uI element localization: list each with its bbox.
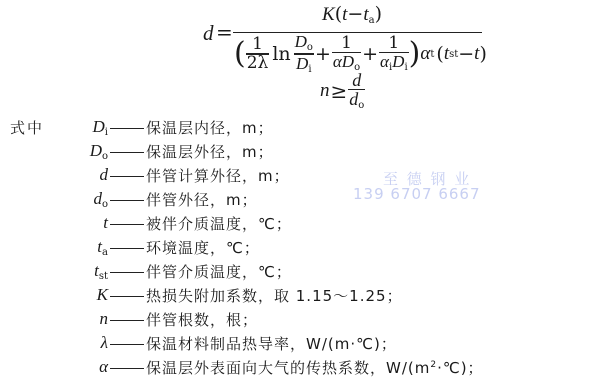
paren-close: ) [479,43,486,65]
big-paren-open: ( [234,39,246,69]
definition-row: Di 保温层内径，m； [0,117,600,141]
fraction-1-over-2lambda: 1 2λ [246,36,270,71]
definition-symbol: λ [101,333,108,354]
definition-row: λ 保温材料制品热导率，W/(m·℃)； [0,333,600,357]
symbol: D [90,141,102,160]
minus-sign: − [347,3,363,25]
subscript: o [358,100,364,111]
definition-row: ta 环境温度，℃； [0,237,600,261]
watermark-phone: 139 6707 6667 [353,185,481,203]
subscript: o [307,42,313,53]
subscript: o [102,151,108,162]
em-dash [110,176,144,177]
plus-sign: + [362,43,378,65]
fraction-d-over-do: d do [348,71,365,111]
symbol: K [97,285,108,304]
subscript: i [105,127,108,138]
plus-sign: + [315,43,331,65]
em-dash [110,224,144,225]
symbol-n: n [320,80,330,102]
text-part: 保温层外表面向大气的传热系数，W/(m [146,359,430,377]
frac-num: d [351,71,362,89]
formula-numerator: K(t−ta) [322,3,382,26]
formula-denominator: ( 1 2λ ln Do Di + 1 αDo + 1 αiDi ) αt (t… [234,36,487,72]
em-dash [110,200,144,201]
definition-symbol: tst [94,261,108,282]
definition-row: Do 保温层外径，m； [0,141,600,165]
frac-den: d [349,89,358,109]
definition-text: 伴管外径，m； [146,189,258,210]
definition-row: α 保温层外表面向大气的传热系数，W/(m2·℃)； [0,357,600,381]
subscript: st [99,271,108,282]
symbol-K: K [322,4,335,25]
subscript: a [102,247,108,258]
frac-num: D [295,32,307,51]
em-dash [110,368,144,369]
definition-row: K 热损失附加系数，取 1.15～1.25； [0,285,600,309]
formula-equals: = [216,20,233,44]
definition-text: 伴管根数，根； [146,309,258,330]
definition-row: n 伴管根数，根； [0,309,600,333]
main-fraction-bar [233,32,482,33]
ln-operator: ln [272,43,290,65]
minus-sign: − [458,43,474,65]
frac-den: 2λ [246,55,270,72]
formula-lhs: d [203,21,214,46]
definition-symbol: Di [93,117,108,138]
formula-n: n ≥ d do [320,73,365,109]
definition-symbol: Do [90,141,108,162]
definition-text: 保温层内径，m； [146,117,274,138]
definition-text: 热损失附加系数，取 1.15～1.25； [146,285,403,306]
symbol: D [93,117,105,136]
frac-den: αD [333,52,354,71]
em-dash [110,248,144,249]
fraction-1-over-alphaDo: 1 αDo [332,35,361,73]
definition-text: 环境温度，℃； [146,237,260,258]
frac-num: 1 [340,35,353,52]
fraction-1-over-alphaiDi: 1 αiDi [379,35,409,73]
paren-open: ( [436,43,443,65]
symbol: α [99,357,108,376]
definition-text: 保温材料制品热导率，W/(m·℃)； [146,333,397,354]
definition-symbol: t [103,213,108,234]
definition-symbol: do [93,189,108,210]
definition-symbol: n [100,309,109,330]
definition-text: 伴管介质温度，℃； [146,261,292,282]
em-dash [110,296,144,297]
definition-text: 伴管计算外径，m； [146,165,290,186]
frac-num: 1 [251,36,264,53]
subscript: st [449,49,458,60]
symbol: λ [101,333,108,352]
main-formula: d = K(t−ta) ( 1 2λ ln Do Di + 1 αDo + 1 … [0,0,600,110]
definition-symbol: α [99,357,108,378]
subscript: i [404,62,407,73]
frac-den: D [296,54,308,73]
definition-text: 保温层外径，m； [146,141,274,162]
symbol: d [93,189,102,208]
paren-close: ) [375,3,382,25]
symbol-alpha-t: α [420,43,430,65]
definition-symbol: ta [97,237,108,258]
definition-row: d 伴管计算外径，m； [0,165,600,189]
symbol: d [100,165,109,184]
em-dash [110,320,144,321]
em-dash [110,152,144,153]
paren-open: ( [335,3,342,25]
definition-row: tst 伴管介质温度，℃； [0,261,600,285]
subscript: i [308,64,311,75]
symbol: t [103,213,108,232]
definition-row: t 被伴介质温度，℃； [0,213,600,237]
fraction-Do-over-Di: Do Di [294,33,314,74]
definition-symbol: d [100,165,109,186]
frac-den-D: D [392,52,404,71]
definition-row: do 伴管外径，m； [0,189,600,213]
big-paren-close: ) [409,39,421,69]
definition-text: 被伴介质温度，℃； [146,213,292,234]
frac-den-alpha: α [380,52,389,71]
symbol: n [100,309,109,328]
em-dash [110,128,144,129]
em-dash [110,272,144,273]
subscript: o [102,199,108,210]
em-dash [110,344,144,345]
text-part: ·℃)； [437,359,483,377]
geq-sign: ≥ [331,79,348,103]
subscript: t [430,49,434,60]
definition-symbol: K [97,285,108,306]
definition-text: 保温层外表面向大气的传热系数，W/(m2·℃)； [146,357,484,378]
frac-num: 1 [387,35,400,52]
